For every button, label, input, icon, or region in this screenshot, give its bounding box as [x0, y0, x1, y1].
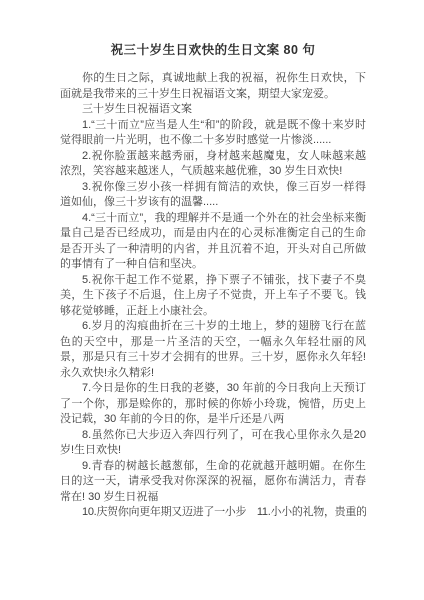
wish-item: 3.祝你像三岁小孩一样拥有简洁的欢快，像三百岁一样得道如仙，像三十岁该有的温馨.… [60, 180, 366, 211]
intro-paragraph: 你的生日之际，真诚地献上我的祝福，祝你生日欢快，下面就是我带来的三十岁生日祝福语… [60, 71, 366, 102]
wish-item: 9.青春的树越长越葱郁，生命的花就越开越明媚。在你生日的这一天，请承受我对你深深… [60, 459, 366, 506]
document-body: 你的生日之际，真诚地献上我的祝福，祝你生日欢快，下面就是我带来的三十岁生日祝福语… [60, 71, 366, 521]
subheading: 三十岁生日祝福语文案 [60, 102, 366, 118]
wish-item: 6.岁月的沟痕曲折在三十岁的土地上，梦的翅膀飞行在蓝色的天空中，那是一片圣洁的天… [60, 319, 366, 381]
wish-item: 5.祝你干起工作不觉累，挣下票子不铺张，找下妻子不臭美，生下孩子不后退，住上房子… [60, 273, 366, 320]
document-title: 祝三十岁生日欢快的生日文案 80 句 [60, 40, 366, 58]
wish-list: 1.“三十而立”应当是人生“和”的阶段，就是既不像十来岁时觉得眼前一片光明，也不… [60, 118, 366, 521]
wish-item: 2.祝你脸蛋越来越秀丽，身材越来越魔鬼，女人味越来越浓烈，笑容越来越迷人，气质越… [60, 149, 366, 180]
wish-item: 4.“三十而立”，我的理解并不是通一个外在的社会坐标来衡量自己是否已经成功，而是… [60, 211, 366, 273]
wish-item: 7.今日是你的生日我的老婆，30 年前的今日我向上天预订了一个你，那是赊你的，那… [60, 381, 366, 428]
document-page: 祝三十岁生日欢快的生日文案 80 句 你的生日之际，真诚地献上我的祝福，祝你生日… [0, 0, 424, 600]
wish-item: 1.“三十而立”应当是人生“和”的阶段，就是既不像十来岁时觉得眼前一片光明，也不… [60, 118, 366, 149]
wish-item: 8.虽然你已大步迈入奔四行列了，可在我心里你永久是20 岁!生日欢快! [60, 428, 366, 459]
wish-item: 10.庆贺你向更年期又迈进了一小步 11.小小的礼物，贵重的情意， [60, 505, 366, 521]
